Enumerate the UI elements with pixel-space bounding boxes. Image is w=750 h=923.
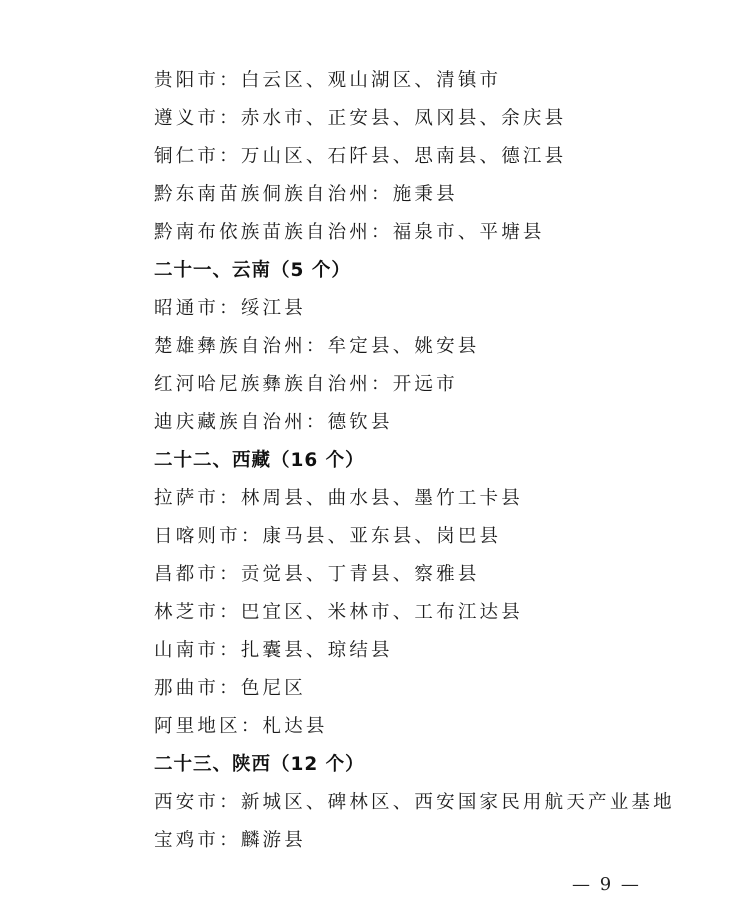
colon-separator: ： bbox=[306, 412, 328, 433]
document-page: 贵阳市：白云区、观山湖区、清镇市 遵义市：赤水市、正安县、凤冈县、余庆县 铜仁市… bbox=[0, 0, 750, 923]
colon-separator: ： bbox=[219, 792, 241, 813]
region-name: 迪庆藏族自治州 bbox=[154, 412, 306, 433]
county-list: 贵阳市：白云区、观山湖区、清镇市 遵义市：赤水市、正安县、凤冈县、余庆县 铜仁市… bbox=[154, 62, 674, 860]
county-names: 巴宜区、米林市、工布江达县 bbox=[241, 602, 523, 623]
list-item-zunyi: 遵义市：赤水市、正安县、凤冈县、余庆县 bbox=[154, 100, 674, 138]
list-item-qiandongnan: 黔东南苗族侗族自治州：施秉县 bbox=[154, 176, 674, 214]
county-names: 万山区、石阡县、思南县、德江县 bbox=[241, 146, 567, 167]
region-name: 红河哈尼族彝族自治州 bbox=[154, 374, 371, 395]
county-names: 新城区、碑林区、西安国家民用航天产业基地 bbox=[241, 792, 675, 813]
list-item-shannan: 山南市：扎囊县、琼结县 bbox=[154, 632, 674, 670]
section-heading-yunnan: 二十一、云南（5 个） bbox=[154, 252, 674, 290]
region-name: 昌都市 bbox=[154, 564, 219, 585]
colon-separator: ： bbox=[219, 640, 241, 661]
list-item-nyingchi: 林芝市：巴宜区、米林市、工布江达县 bbox=[154, 594, 674, 632]
section-heading-xizang: 二十二、西藏（16 个） bbox=[154, 442, 674, 480]
list-item-lhasa: 拉萨市：林周县、曲水县、墨竹工卡县 bbox=[154, 480, 674, 518]
colon-separator: ： bbox=[371, 374, 393, 395]
colon-separator: ： bbox=[219, 830, 241, 851]
list-item-nagqu: 那曲市：色尼区 bbox=[154, 670, 674, 708]
county-names: 开远市 bbox=[393, 374, 458, 395]
colon-separator: ： bbox=[219, 146, 241, 167]
colon-separator: ： bbox=[219, 488, 241, 509]
region-name: 楚雄彝族自治州 bbox=[154, 336, 306, 357]
county-names: 牟定县、姚安县 bbox=[328, 336, 480, 357]
list-item-xian: 西安市：新城区、碑林区、西安国家民用航天产业基地 bbox=[154, 784, 674, 822]
county-names: 林周县、曲水县、墨竹工卡县 bbox=[241, 488, 523, 509]
colon-separator: ： bbox=[219, 298, 241, 319]
county-names: 札达县 bbox=[263, 716, 328, 737]
county-names: 施秉县 bbox=[393, 184, 458, 205]
colon-separator: ： bbox=[241, 526, 263, 547]
region-name: 拉萨市 bbox=[154, 488, 219, 509]
county-names: 麟游县 bbox=[241, 830, 306, 851]
list-item-diqing: 迪庆藏族自治州：德钦县 bbox=[154, 404, 674, 442]
colon-separator: ： bbox=[241, 716, 263, 737]
region-name: 贵阳市 bbox=[154, 70, 219, 91]
county-names: 康马县、亚东县、岗巴县 bbox=[263, 526, 502, 547]
region-name: 阿里地区 bbox=[154, 716, 241, 737]
region-name: 林芝市 bbox=[154, 602, 219, 623]
county-names: 绥江县 bbox=[241, 298, 306, 319]
county-names: 福泉市、平塘县 bbox=[393, 222, 545, 243]
colon-separator: ： bbox=[219, 70, 241, 91]
region-name: 昭通市 bbox=[154, 298, 219, 319]
region-name: 那曲市 bbox=[154, 678, 219, 699]
colon-separator: ： bbox=[371, 184, 393, 205]
colon-separator: ： bbox=[219, 108, 241, 129]
county-names: 德钦县 bbox=[328, 412, 393, 433]
list-item-ngari: 阿里地区：札达县 bbox=[154, 708, 674, 746]
list-item-tongren: 铜仁市：万山区、石阡县、思南县、德江县 bbox=[154, 138, 674, 176]
colon-separator: ： bbox=[219, 602, 241, 623]
region-name: 日喀则市 bbox=[154, 526, 241, 547]
list-item-guiyang: 贵阳市：白云区、观山湖区、清镇市 bbox=[154, 62, 674, 100]
list-item-zhaotong: 昭通市：绥江县 bbox=[154, 290, 674, 328]
county-names: 色尼区 bbox=[241, 678, 306, 699]
list-item-qiannan: 黔南布依族苗族自治州：福泉市、平塘县 bbox=[154, 214, 674, 252]
colon-separator: ： bbox=[306, 336, 328, 357]
region-name: 西安市 bbox=[154, 792, 219, 813]
colon-separator: ： bbox=[219, 564, 241, 585]
region-name: 山南市 bbox=[154, 640, 219, 661]
region-name: 黔东南苗族侗族自治州 bbox=[154, 184, 371, 205]
county-names: 贡觉县、丁青县、察雅县 bbox=[241, 564, 480, 585]
region-name: 铜仁市 bbox=[154, 146, 219, 167]
list-item-chuxiong: 楚雄彝族自治州：牟定县、姚安县 bbox=[154, 328, 674, 366]
region-name: 宝鸡市 bbox=[154, 830, 219, 851]
colon-separator: ： bbox=[219, 678, 241, 699]
list-item-baoji: 宝鸡市：麟游县 bbox=[154, 822, 674, 860]
county-names: 白云区、观山湖区、清镇市 bbox=[241, 70, 501, 91]
region-name: 遵义市 bbox=[154, 108, 219, 129]
section-heading-shaanxi: 二十三、陕西（12 个） bbox=[154, 746, 674, 784]
list-item-honghe: 红河哈尼族彝族自治州：开远市 bbox=[154, 366, 674, 404]
list-item-shigatse: 日喀则市：康马县、亚东县、岗巴县 bbox=[154, 518, 674, 556]
colon-separator: ： bbox=[371, 222, 393, 243]
county-names: 赤水市、正安县、凤冈县、余庆县 bbox=[241, 108, 567, 129]
county-names: 扎囊县、琼结县 bbox=[241, 640, 393, 661]
region-name: 黔南布依族苗族自治州 bbox=[154, 222, 371, 243]
list-item-qamdo: 昌都市：贡觉县、丁青县、察雅县 bbox=[154, 556, 674, 594]
page-number: — 9 — bbox=[572, 874, 641, 896]
